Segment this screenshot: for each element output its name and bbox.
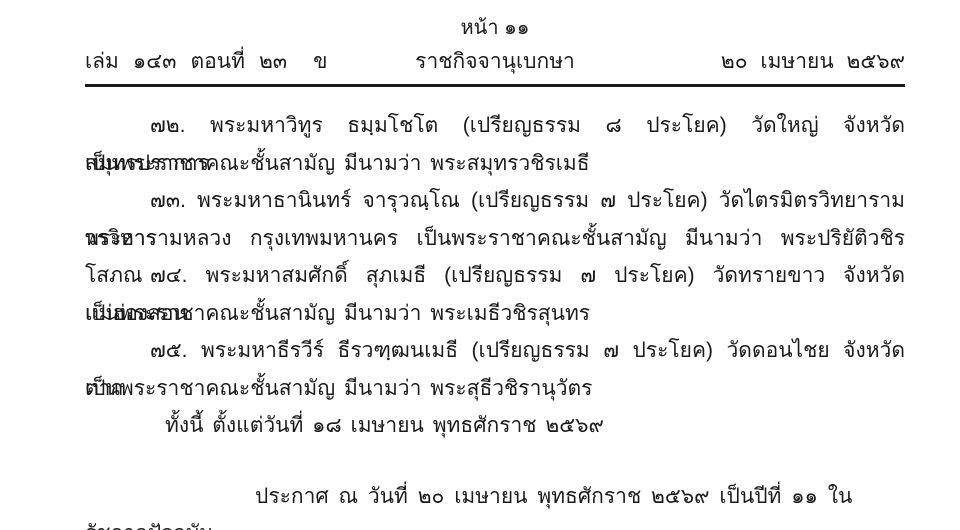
entry-75-line-2: เป็นพระราชาคณะชั้นสามัญ มีนามว่า พระสุธี… (85, 370, 905, 408)
page-header: หน้า ๑๑ เล่ม ๑๔๓ ตอนที่ ๒๓ ข ราชกิจจานุเ… (85, 0, 905, 87)
entry-73-line-1: ๗๓. พระมหาธานินทร์ จารุวณฺโณ (เปรียญธรรม… (85, 182, 905, 220)
section-letter: ข (313, 48, 327, 76)
entry-75-line-1: ๗๕. พระมหาธีรวีร์ ธีรวฑฺฒนเมธี (เปรียญธร… (85, 332, 905, 370)
entry-73-line-2: พระอารามหลวง กรุงเทพมหานคร เป็นพระราชาคณ… (85, 220, 905, 258)
document-body: ๗๒. พระมหาวิทูร ธมฺมโชโต (เปรียญธรรม ๘ ป… (85, 107, 905, 515)
header-row: เล่ม ๑๔๓ ตอนที่ ๒๓ ข ราชกิจจานุเบกษา ๒๐ … (85, 48, 905, 76)
volume-word: เล่ม (85, 48, 119, 76)
entry-72-line-1: ๗๒. พระมหาวิทูร ธมฺมโชโต (เปรียญธรรม ๘ ป… (85, 107, 905, 145)
entry-74-line-2: เป็นพระราชาคณะชั้นสามัญ มีนามว่า พระเมธี… (85, 295, 905, 333)
entry-74-line-1: ๗๔. พระมหาสมศักดิ์ สุภเมธี (เปรียญธรรม ๗… (85, 257, 905, 295)
effective-date-line: ทั้งนี้ ตั้งแต่วันที่ ๑๘ เมษายน พุทธศักร… (85, 407, 905, 445)
gazette-page: หน้า ๑๑ เล่ม ๑๔๓ ตอนที่ ๒๓ ข ราชกิจจานุเ… (0, 0, 960, 530)
part-word: ตอนที่ (190, 48, 244, 76)
issue-date: ๒๐ เมษายน ๒๕๖๙ (575, 48, 905, 76)
volume-part-section: เล่ม ๑๔๓ ตอนที่ ๒๓ ข (85, 48, 415, 76)
entry-72-line-2: เป็นพระราชาคณะชั้นสามัญ มีนามว่า พระสมุท… (85, 145, 905, 183)
part-number: ๒๓ (259, 48, 287, 76)
promulgation-line: ประกาศ ณ วันที่ ๒๐ เมษายน พุทธศักราช ๒๕๖… (85, 478, 905, 516)
volume-number: ๑๔๓ (133, 48, 177, 76)
page-number: หน้า ๑๑ (85, 14, 905, 42)
gazette-title: ราชกิจจานุเบกษา (415, 48, 575, 76)
header-rule (85, 84, 905, 87)
